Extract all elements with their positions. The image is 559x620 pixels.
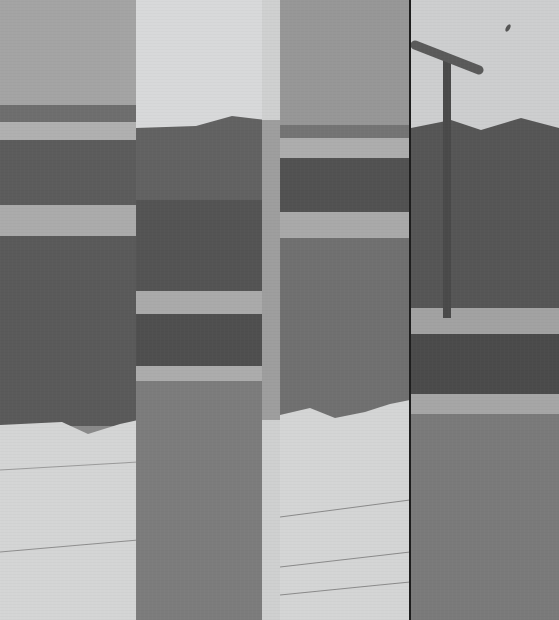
collage-strip-1 bbox=[0, 0, 138, 620]
strip-4-scene bbox=[280, 0, 410, 620]
collage-strip-5 bbox=[411, 0, 559, 620]
strip-3-scene bbox=[262, 0, 282, 620]
collage-strip-2 bbox=[136, 0, 266, 620]
strip-5-scene bbox=[411, 0, 559, 620]
collage-strip-3 bbox=[262, 0, 282, 620]
collage-strip-4 bbox=[280, 0, 410, 620]
strip-1-scene bbox=[0, 0, 138, 620]
strip-2-scene bbox=[136, 0, 266, 620]
photo-collage bbox=[0, 0, 559, 620]
